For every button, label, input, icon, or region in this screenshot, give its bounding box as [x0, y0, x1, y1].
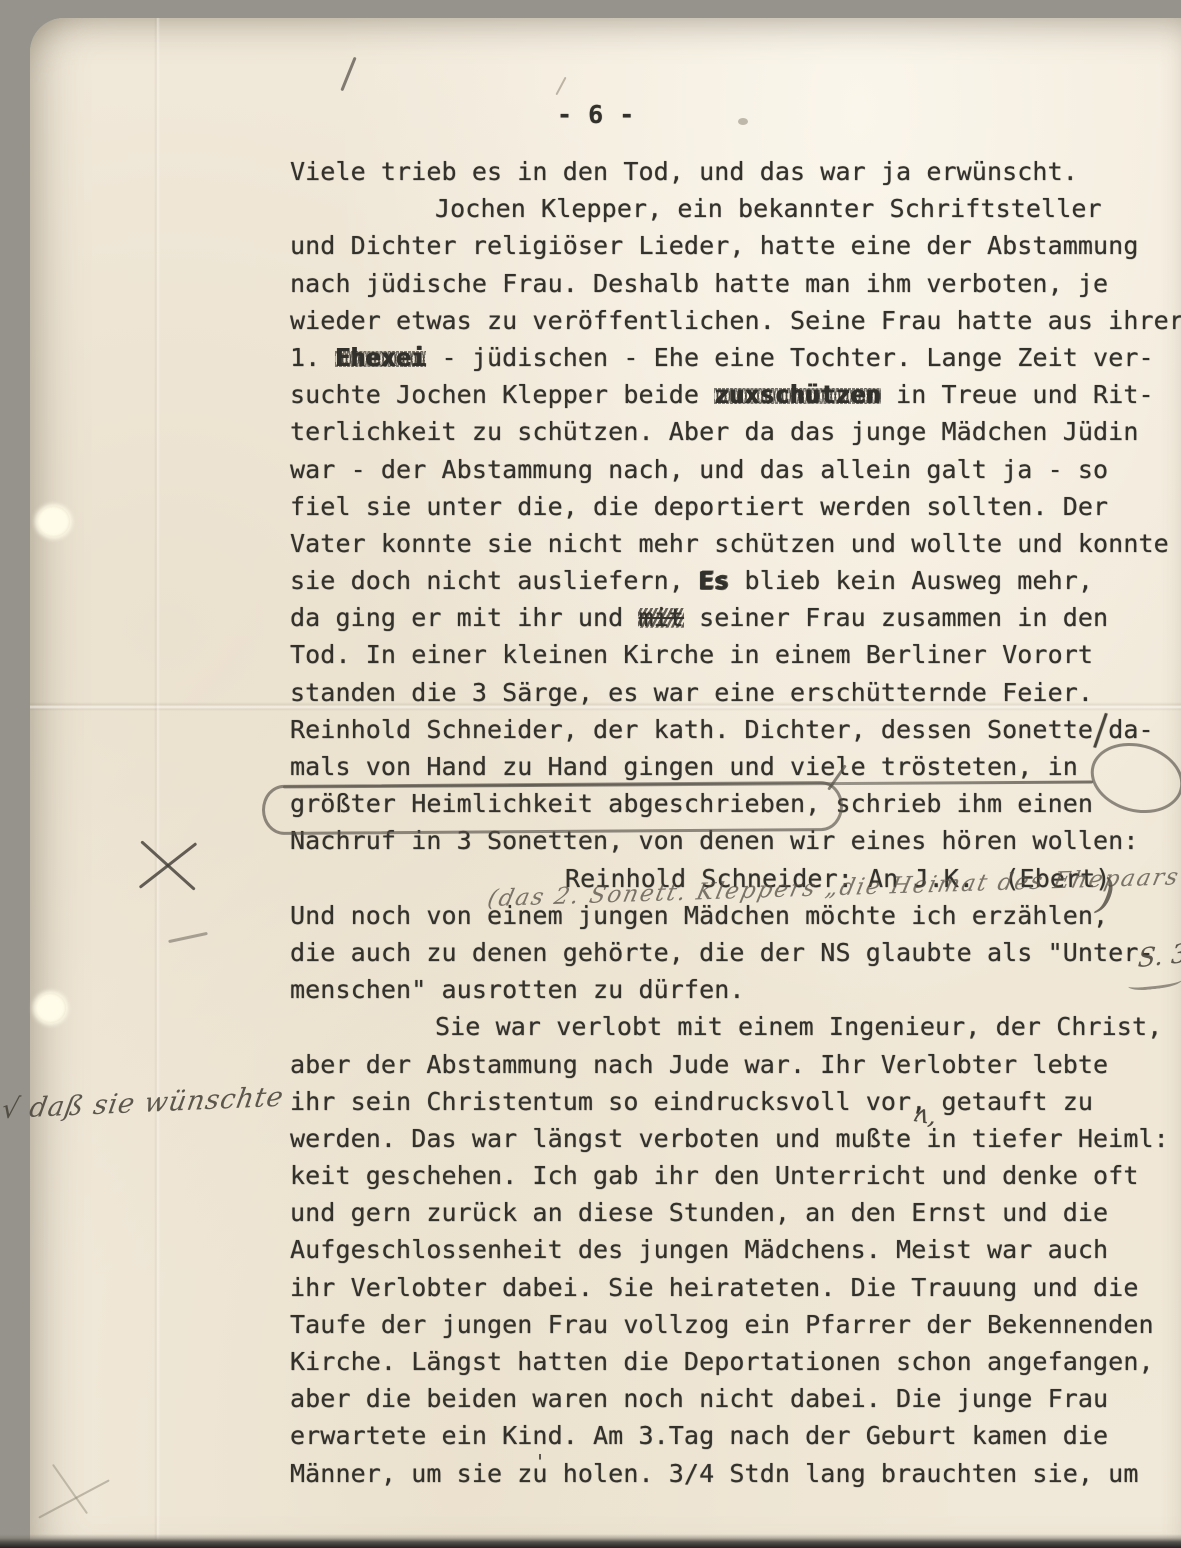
- typed-line: Sie war verlobt mit einem Ingenieur, der…: [290, 1008, 1181, 1045]
- typed-text: Jochen Klepper, ein bekannter Schriftste…: [435, 194, 1102, 223]
- typed-line: werden. Das war längst verboten und mußt…: [290, 1120, 1181, 1157]
- typed-text: terlichkeit zu schützen. Aber da das jun…: [290, 417, 1138, 446]
- typed-line: und gern zurück an diese Stunden, an den…: [290, 1194, 1181, 1231]
- typed-line: die auch zu denen gehörte, die der NS gl…: [290, 934, 1181, 971]
- typed-text: seiner Frau zusammen in den: [684, 603, 1108, 632]
- typed-text: wieder etwas zu veröffentlichen. Seine F…: [290, 306, 1181, 335]
- typed-line: Kirche. Längst hatten die Deportationen …: [290, 1343, 1181, 1380]
- typewriter-struck-word: zuxschützen: [714, 380, 881, 409]
- typewriter-struck-word: Ehexei: [335, 343, 426, 372]
- typed-line: Jochen Klepper, ein bekannter Schriftste…: [290, 190, 1181, 227]
- typed-text: menschen" ausrotten zu dürfen.: [290, 975, 745, 1004]
- handwritten-page-reference: S. 30: [1137, 937, 1181, 974]
- typed-line: menschen" ausrotten zu dürfen.: [290, 971, 1181, 1008]
- typed-text: - jüdischen - Ehe eine Tochter. Lange Ze…: [426, 343, 1153, 372]
- typed-text: in Treue und Rit-: [881, 380, 1154, 409]
- typed-line: standen die 3 Särge, es war eine erschüt…: [290, 674, 1181, 711]
- pencil-circle-around-phrase: [262, 781, 843, 835]
- typed-line: wieder etwas zu veröffentlichen. Seine F…: [290, 302, 1181, 339]
- typed-text: Tod. In einer kleinen Kirche in einem Be…: [290, 640, 1093, 669]
- typed-text: ihr sein Christentum so eindrucksvoll vo…: [290, 1087, 1093, 1116]
- scanned-document: - 6 - Viele trieb es in den Tod, und das…: [0, 0, 1181, 1548]
- typed-text: Vater konnte sie nicht mehr schützen und…: [290, 529, 1169, 558]
- hand-corrected-word: Es: [699, 566, 729, 595]
- typed-text: fiel sie unter die, die deportiert werde…: [290, 492, 1108, 521]
- page-number: - 6 -: [557, 100, 635, 129]
- typed-line: Vater konnte sie nicht mehr schützen und…: [290, 525, 1181, 562]
- typed-text: mals von Hand zu Hand gingen und viele t…: [290, 752, 1078, 781]
- typed-text: Aufgeschlossenheit des jungen Mädchens. …: [290, 1235, 1108, 1264]
- vertical-fold-crease: [154, 18, 160, 1540]
- scan-bottom-edge: [0, 1534, 1181, 1548]
- typed-text: Viele trieb es in den Tod, und das war j…: [290, 157, 1078, 186]
- typed-line: Taufe der jungen Frau vollzog ein Pfarre…: [290, 1306, 1181, 1343]
- typed-line: ihr sein Christentum so eindrucksvoll vo…: [290, 1083, 1181, 1120]
- typed-text: Taufe der jungen Frau vollzog ein Pfarre…: [290, 1310, 1154, 1339]
- typed-text: Männer, um sie zu holen. 3/4 Stdn lang b…: [290, 1459, 1138, 1488]
- typed-text: und Dichter religiöser Lieder, hatte ein…: [290, 231, 1138, 260]
- typed-text: Reinhold Schneider, der kath. Dichter, d…: [290, 715, 1093, 744]
- typed-line: mals von Hand zu Hand gingen und viele t…: [290, 748, 1181, 785]
- typed-text: 1.: [290, 343, 335, 372]
- typed-text: werden. Das war längst verboten und mußt…: [290, 1124, 1169, 1153]
- typed-text: blieb kein Ausweg mehr,: [729, 566, 1093, 595]
- typed-line: erwartete ein Kind. Am 3.Tag nach der Ge…: [290, 1417, 1181, 1454]
- typed-text: ihr Verlobter dabei. Sie heirateten. Die…: [290, 1273, 1138, 1302]
- typed-line: sie doch nicht ausliefern, Es blieb kein…: [290, 562, 1181, 599]
- typed-line: keit geschehen. Ich gab ihr den Unterric…: [290, 1157, 1181, 1194]
- typed-text: standen die 3 Särge, es war eine erschüt…: [290, 678, 1093, 707]
- typed-text: und gern zurück an diese Stunden, an den…: [290, 1198, 1108, 1227]
- typed-text: war - der Abstammung nach, und das allei…: [290, 455, 1108, 484]
- typed-line: Viele trieb es in den Tod, und das war j…: [290, 153, 1181, 190]
- typed-line: da ging er mit ihr und mit seiner Frau z…: [290, 599, 1181, 636]
- typed-line: ihr Verlobter dabei. Sie heirateten. Die…: [290, 1269, 1181, 1306]
- punch-hole-bottom: [35, 993, 66, 1023]
- typed-line: fiel sie unter die, die deportiert werde…: [290, 488, 1181, 525]
- typed-text: die auch zu denen gehörte, die der NS gl…: [290, 938, 1154, 967]
- typed-text: aber die beiden waren noch nicht dabei. …: [290, 1384, 1108, 1413]
- typed-text: suchte Jochen Klepper beide: [290, 380, 714, 409]
- typed-line: war - der Abstammung nach, und das allei…: [290, 451, 1181, 488]
- stray-apostrophe-mark: ': [534, 1450, 546, 1474]
- typed-text: Kirche. Längst hatten die Deportationen …: [290, 1347, 1154, 1376]
- typed-line: Tod. In einer kleinen Kirche in einem Be…: [290, 636, 1181, 673]
- typed-text: da-: [1108, 715, 1153, 744]
- typed-text: Sie war verlobt mit einem Ingenieur, der…: [435, 1012, 1162, 1041]
- typed-line: aber die beiden waren noch nicht dabei. …: [290, 1380, 1181, 1417]
- typed-text: sie doch nicht ausliefern,: [290, 566, 699, 595]
- typed-line: terlichkeit zu schützen. Aber da das jun…: [290, 413, 1181, 450]
- typed-text: erwartete ein Kind. Am 3.Tag nach der Ge…: [290, 1421, 1108, 1450]
- typed-text: da ging er mit ihr und: [290, 603, 638, 632]
- typed-line: nach jüdische Frau. Deshalb hatte man ih…: [290, 265, 1181, 302]
- typed-text: aber der Abstammung nach Jude war. Ihr V…: [290, 1050, 1108, 1079]
- typed-line: und Dichter religiöser Lieder, hatte ein…: [290, 227, 1181, 264]
- typed-line: 1. Ehexei - jüdischen - Ehe eine Tochter…: [290, 339, 1181, 376]
- ink-smudge: [738, 118, 748, 125]
- typed-text: keit geschehen. Ich gab ihr den Unterric…: [290, 1161, 1138, 1190]
- punch-hole-top: [37, 506, 70, 537]
- typed-line: suchte Jochen Klepper beide zuxschützen …: [290, 376, 1181, 413]
- typed-line: Männer, um sie zu holen. 3/4 Stdn lang b…: [290, 1455, 1181, 1492]
- typed-text: nach jüdische Frau. Deshalb hatte man ih…: [290, 269, 1108, 298]
- typed-line: Aufgeschlossenheit des jungen Mädchens. …: [290, 1231, 1181, 1268]
- typed-line: Reinhold Schneider, der kath. Dichter, d…: [290, 711, 1181, 748]
- typed-line: aber der Abstammung nach Jude war. Ihr V…: [290, 1046, 1181, 1083]
- pencil-struck-word: mit: [638, 603, 683, 632]
